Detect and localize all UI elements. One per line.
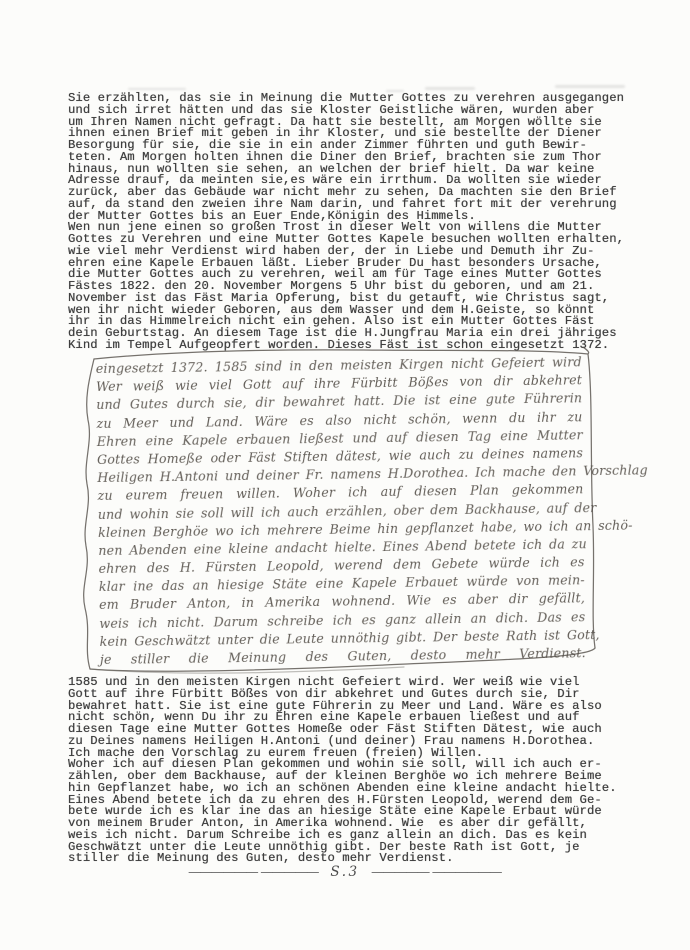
scan-smudge — [555, 85, 625, 88]
typed-paragraph-bottom: 1585 und in den meisten Kirgen nicht Gef… — [68, 677, 646, 865]
footer-rule-right: ――――― ―――――― — [372, 865, 502, 879]
footer-rule-left: ―――――― ――――― — [189, 865, 319, 879]
page-number: S.3 — [330, 864, 359, 880]
page-footer: ―――――― ――――― S.3 ――――― ―――――― — [0, 864, 690, 880]
handwritten-block: eingesetzt 1372. 1585 sind in den meiste… — [96, 353, 586, 669]
typed-paragraph-top: Sie erzählten, das sie in Meinung die Mu… — [68, 93, 646, 352]
scan-smudge — [128, 88, 186, 90]
scan-smudge — [425, 87, 475, 90]
scanned-letter-page: Sie erzählten, das sie in Meinung die Mu… — [0, 0, 690, 950]
